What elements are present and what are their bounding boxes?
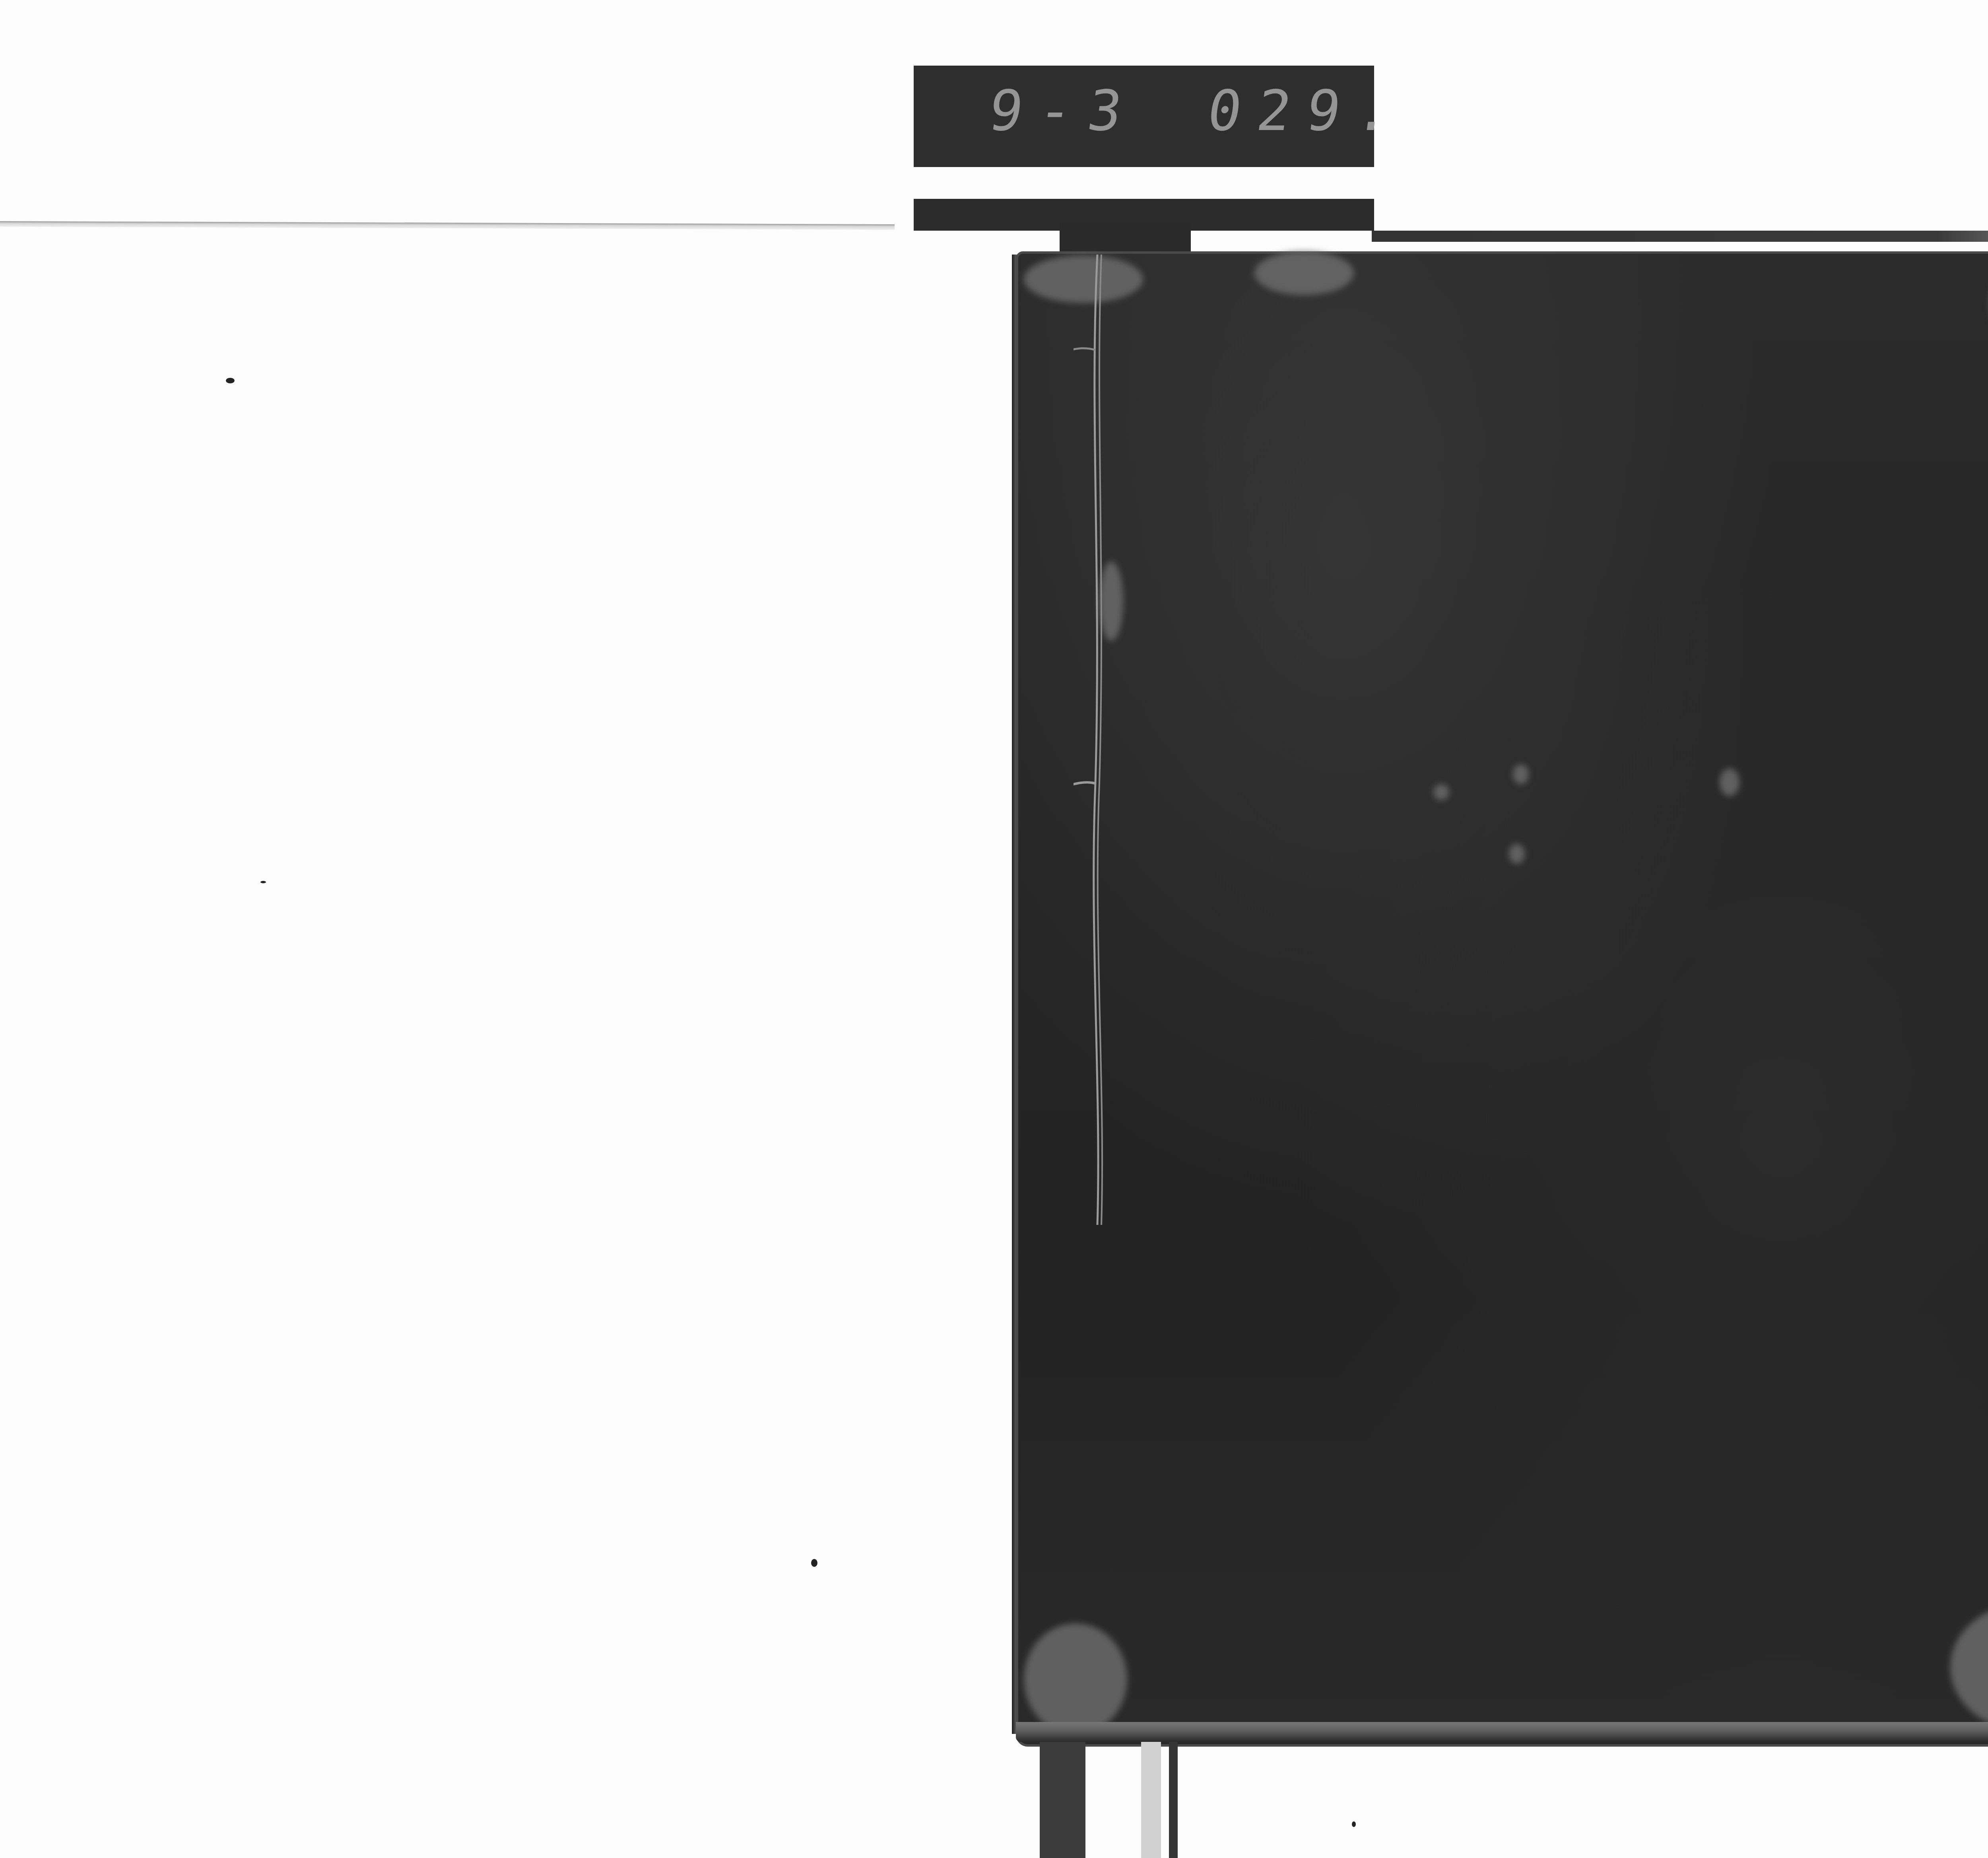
support-strip-light (1141, 1742, 1161, 1858)
cover-spot (1433, 784, 1449, 800)
dust-speck (260, 881, 266, 883)
counter-frame-number: 029. (1204, 82, 1409, 141)
book-bottom-edge (1016, 1722, 1988, 1742)
cover-spot (1509, 844, 1525, 864)
scan-rule-line-left (0, 221, 895, 230)
frame-counter-plate: 9-3 029. (914, 66, 1374, 167)
support-bar-left (1040, 1742, 1085, 1858)
scan-rule-line-right (1372, 231, 1988, 242)
cover-wear-top (1254, 251, 1354, 295)
book-cover (1016, 251, 1988, 1747)
counter-reel-number: 9-3 (985, 82, 1142, 141)
dust-speck (226, 378, 235, 383)
binding-thread (1074, 255, 1121, 1225)
cover-wear-bottom-left (1024, 1623, 1127, 1735)
support-bar-right (1169, 1742, 1178, 1858)
cover-spot (1720, 768, 1739, 796)
dust-speck (1352, 1821, 1356, 1827)
cover-wear-bottom-right (1950, 1603, 1988, 1731)
cover-spot (1513, 764, 1529, 784)
dust-speck (811, 1559, 817, 1567)
